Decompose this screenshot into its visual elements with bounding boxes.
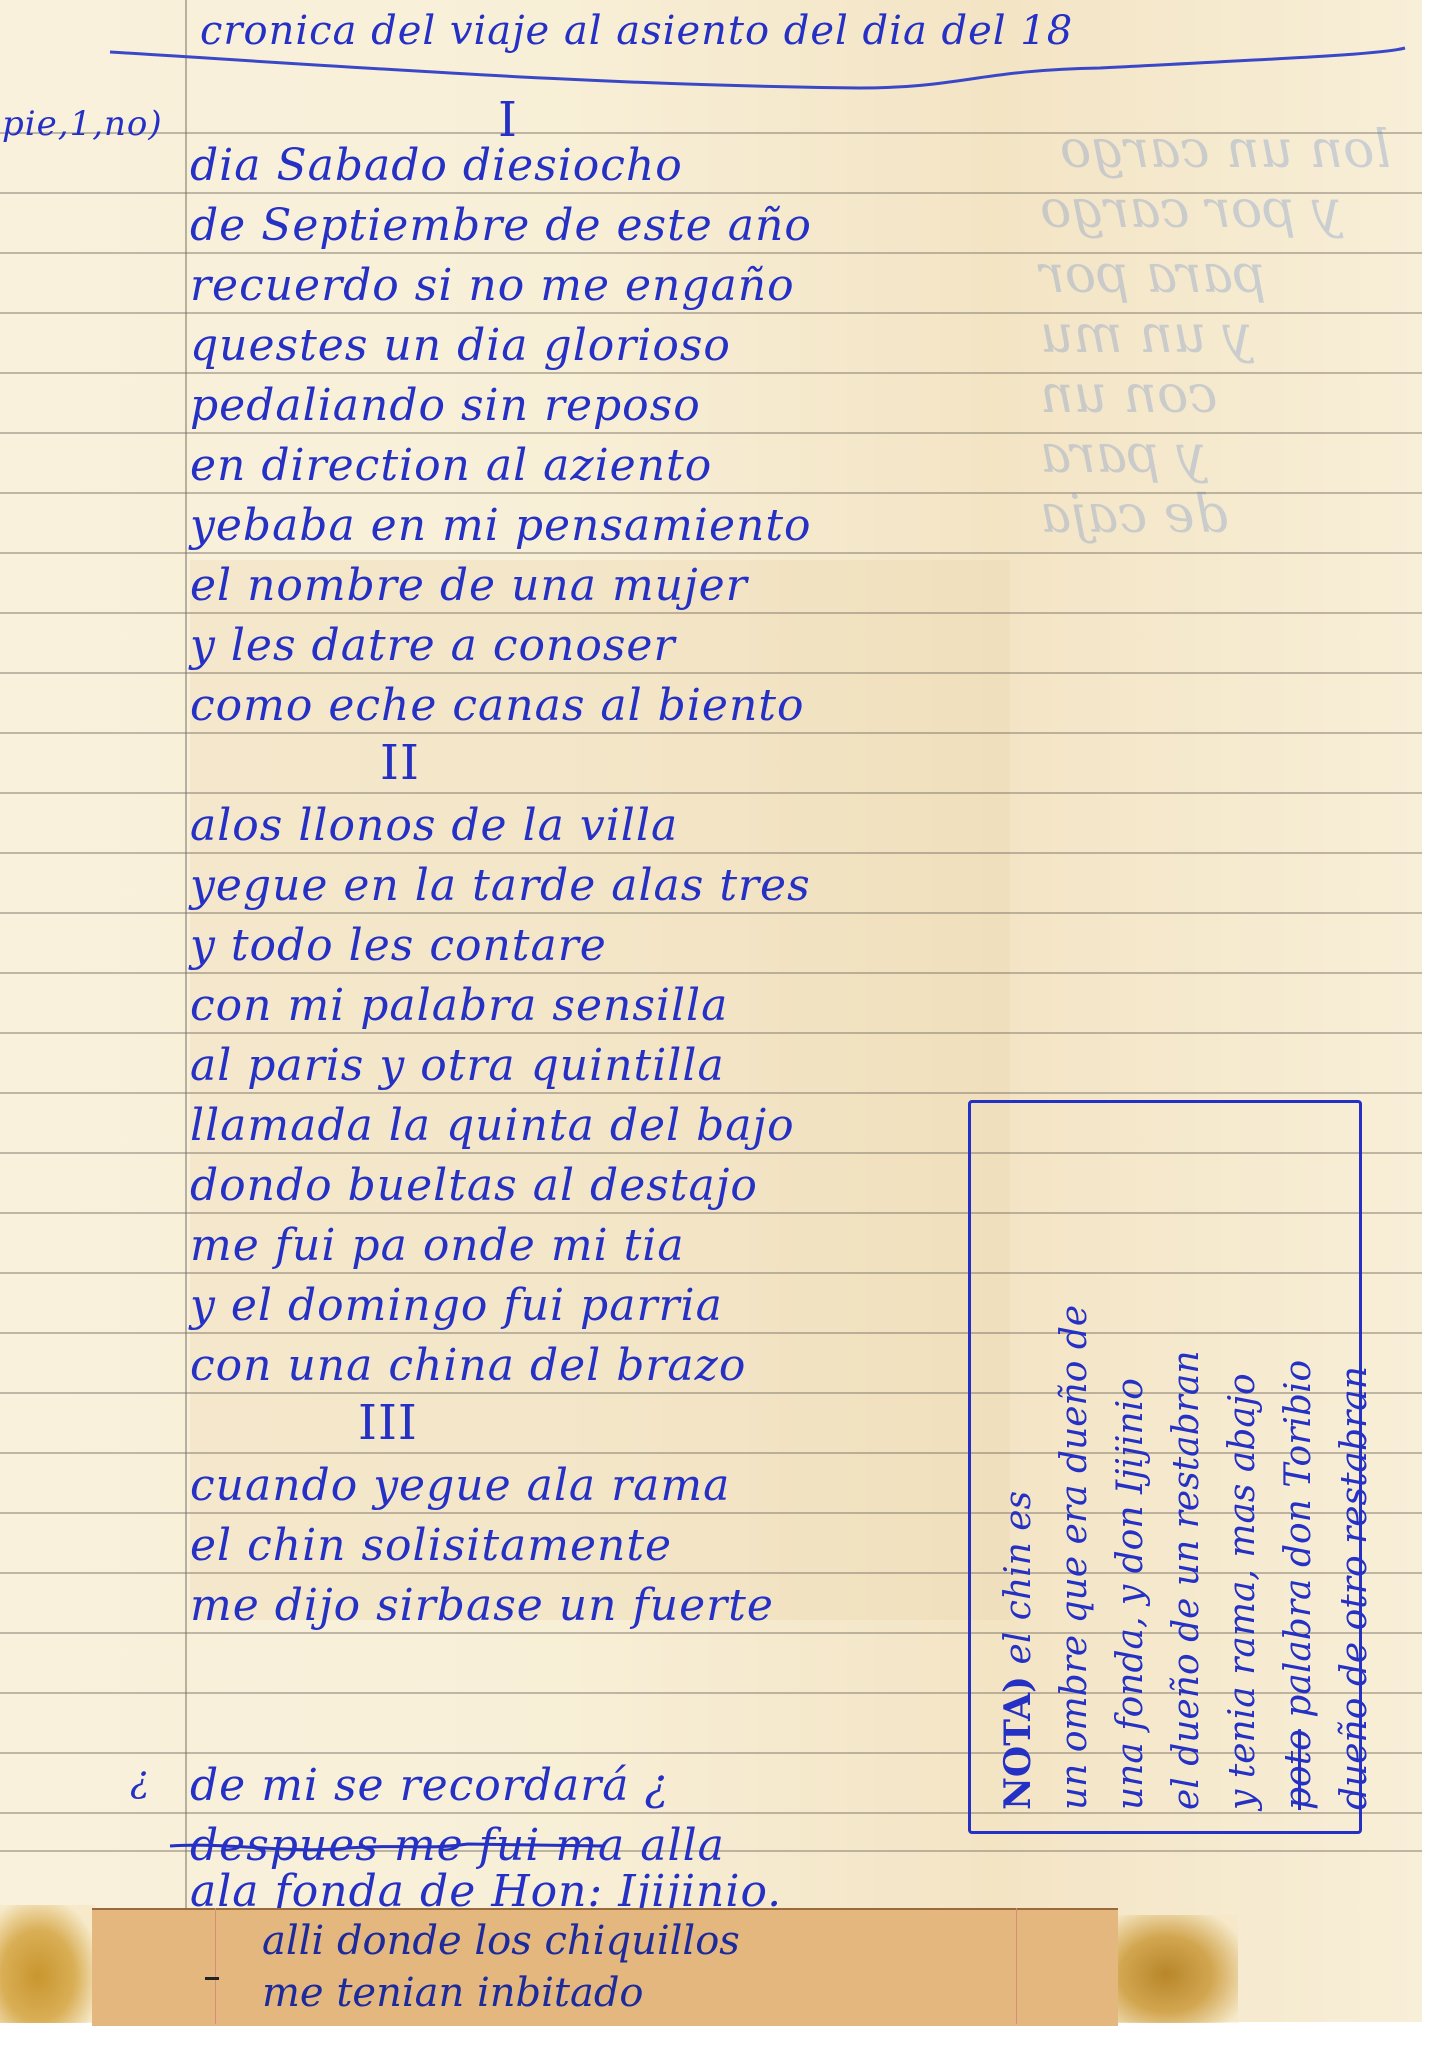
tape-stain-left [0, 1905, 95, 2023]
verse-line: recuerdo si no me engaño [190, 260, 795, 311]
ruled-line [0, 672, 1422, 674]
ruled-line [0, 1092, 1422, 1094]
strip-line: me tenian inbitado [262, 1970, 644, 2016]
bleed-through-text: y para [1040, 425, 1206, 485]
verse-line: pedaliando sin reposo [190, 380, 701, 431]
verse-line: el nombre de una mujer [190, 560, 748, 611]
ruled-line [0, 432, 1422, 434]
margin-note: pie,1,no) [2, 104, 163, 144]
verse-line: dondo bueltas al destajo [190, 1160, 758, 1211]
verse-line: y todo les contare [190, 920, 607, 971]
dash-mark [205, 1977, 219, 1980]
note-line: una fonda, y don Ijijinio [1103, 1110, 1159, 1810]
verse-line: y les datre a conoser [190, 620, 676, 671]
verse-line: yebaba en mi pensamiento [190, 500, 812, 551]
ruled-line [0, 912, 1422, 914]
note-line: el dueño de un restabran [1159, 1110, 1215, 1810]
verse-line: cuando yegue ala rama [190, 1460, 730, 1511]
strip-margin-line [1016, 1908, 1017, 2024]
strip-margin-line [215, 1908, 216, 2024]
note-line: un ombre que era dueño de [1047, 1110, 1103, 1810]
ruled-line [0, 792, 1422, 794]
ruled-line [0, 552, 1422, 554]
tape-stain-right [1118, 1915, 1238, 2023]
bleed-through-text: lon un cargo [1060, 120, 1391, 180]
bleed-through-text: y un mu [1040, 305, 1252, 365]
verse-line-underlined: de mi se recordará ¿ [190, 1760, 669, 1811]
ruled-line [0, 612, 1422, 614]
verse-line: el chin solisitamente [190, 1520, 672, 1571]
ruled-line [0, 1032, 1422, 1034]
note-line: y tenia rama, mas abajo [1215, 1110, 1271, 1810]
ruled-line [0, 972, 1422, 974]
bleed-through-text: para por [1040, 245, 1266, 305]
question-mark-open: ¿ [130, 1760, 150, 1801]
ruled-line [0, 732, 1422, 734]
note-line: dueño de otro restabran [1327, 1110, 1383, 1810]
verse-line: yegue en la tarde alas tres [190, 860, 811, 911]
note-line: poto palabra don Toribio [1271, 1110, 1327, 1810]
struck-word: poto [1278, 1729, 1319, 1810]
verse-line: al paris y otra quintilla [190, 1040, 725, 1091]
margin-line [185, 0, 187, 1910]
verse-line: despues me fui ma alla [190, 1820, 725, 1871]
verse-line: con mi palabra sensilla [190, 980, 728, 1031]
verse-line: llamada la quinta del bajo [190, 1100, 795, 1151]
verse-line: como eche canas al biento [190, 680, 804, 731]
verse-line: questes un dia glorioso [190, 320, 731, 371]
note-label: NOTA) [997, 1676, 1039, 1810]
verse-line: con una china del brazo [190, 1340, 746, 1391]
verse-line: me dijo sirbase un fuerte [190, 1580, 774, 1631]
strip-line: alli donde los chiquillos [262, 1918, 740, 1964]
section-number: III [358, 1395, 418, 1451]
verse-line: de Septiembre de este año [190, 200, 812, 251]
verse-line: dia Sabado diesiocho [190, 140, 683, 191]
verse-line: me fui pa onde mi tia [190, 1220, 685, 1271]
bleed-through-text: con un [1040, 365, 1217, 425]
verse-line: alos llonos de la villa [190, 800, 678, 851]
section-number: II [380, 735, 420, 791]
bleed-through-text: y por cargo [1040, 180, 1341, 240]
note-line: NOTA) el chin es [990, 1110, 1047, 1810]
verse-line: y el domingo fui parria [190, 1280, 723, 1331]
verse-line: en direction al aziento [190, 440, 712, 491]
note-text: NOTA) el chin es un ombre que era dueño … [990, 1110, 1383, 1810]
ruled-line [0, 852, 1422, 854]
bleed-through-text: de caja [1040, 485, 1228, 545]
header-underline [100, 0, 1420, 90]
